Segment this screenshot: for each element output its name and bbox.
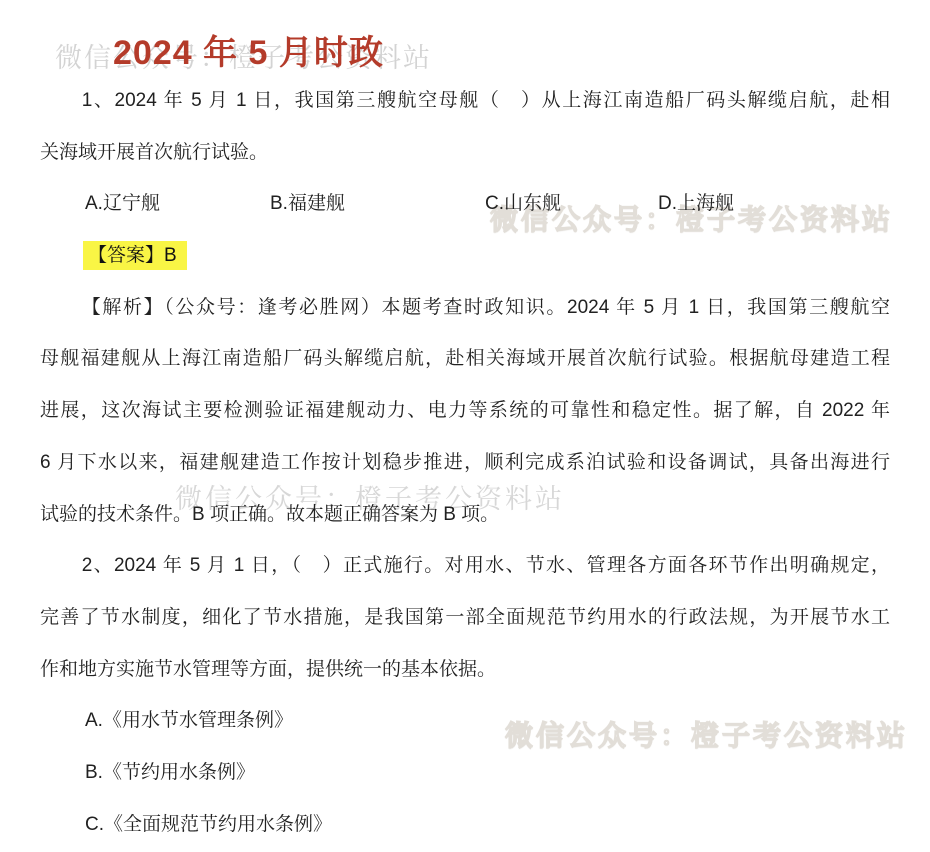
question1-option-d: D.上海舰 [658, 178, 734, 230]
page-title: 2024 年 5 月时政 [113, 25, 384, 74]
question1-text-line2: 关海域开展首次航行试验。 [40, 127, 890, 179]
question1-text-line1: 1、2024 年 5 月 1 日，我国第三艘航空母舰（ ）从上海江南造船厂码头解… [40, 75, 890, 127]
question1-option-c: C.山东舰 [485, 178, 561, 230]
question2-option-b: B.《节约用水条例》 [40, 747, 890, 799]
question1-analysis-line2: 母舰福建舰从上海江南造船厂码头解缆启航，赴相关海域开展首次航行试验。根据航母建造… [40, 333, 890, 385]
question1-analysis-line5: 试验的技术条件。B 项正确。故本题正确答案为 B 项。 [40, 489, 890, 541]
question1-answer-line: 【答案】B [40, 230, 890, 282]
question2-text-line1: 2、2024 年 5 月 1 日，（ ）正式施行。对用水、节水、管理各方面各环节… [40, 540, 890, 592]
document-body: 1、2024 年 5 月 1 日，我国第三艘航空母舰（ ）从上海江南造船厂码头解… [40, 75, 890, 850]
question1-analysis-line3: 进展，这次海试主要检测验证福建舰动力、电力等系统的可靠性和稳定性。据了解，自 2… [40, 385, 890, 437]
answer-highlight: 【答案】B [83, 241, 187, 270]
question1-option-a: A.辽宁舰 [85, 178, 160, 230]
question1-analysis-line4: 6 月下水以来，福建舰建造工作按计划稳步推进，顺利完成系泊试验和设备调试，具备出… [40, 437, 890, 489]
question2-option-a: A.《用水节水管理条例》 [40, 695, 890, 747]
question1-options-row: A.辽宁舰 B.福建舰 C.山东舰 D.上海舰 [40, 178, 890, 230]
question2-text-line2: 完善了节水制度，细化了节水措施，是我国第一部全面规范节约用水的行政法规，为开展节… [40, 592, 890, 644]
question2-option-c: C.《全面规范节约用水条例》 [40, 799, 890, 851]
question2-text-line3: 作和地方实施节水管理等方面，提供统一的基本依据。 [40, 644, 890, 696]
document-page: 微信公众号：橙子考公资料站 微信公众号：橙子考公资料站 微信公众号：橙子考公资料… [0, 0, 930, 852]
question1-option-b: B.福建舰 [270, 178, 345, 230]
question1-analysis-line1: 【解析】（公众号：逢考必胜网）本题考查时政知识。2024 年 5 月 1 日，我… [40, 282, 890, 334]
